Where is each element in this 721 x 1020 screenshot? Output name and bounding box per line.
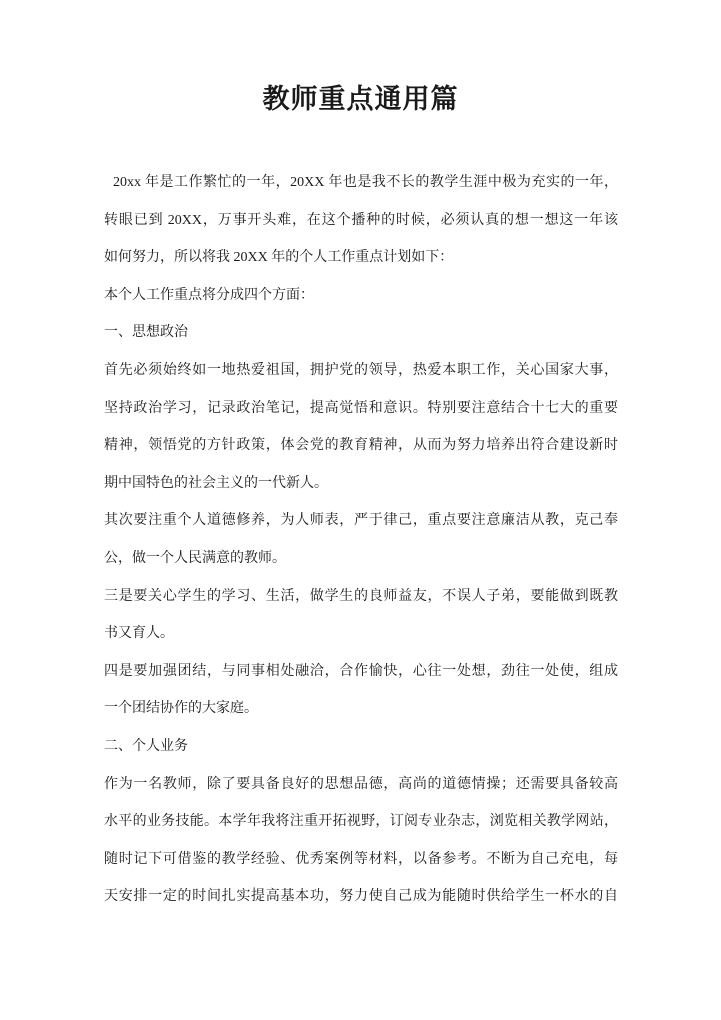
text-line: 一、思想政治 [104,314,618,352]
text-line: 随时记下可借鉴的教学经验、优秀案例等材料，以备参考。不断为自己充电，每 [104,841,618,879]
text-line: 精神，领悟党的方针政策，体会党的教育精神，从而为努力培养出符合建设新时 [104,427,618,465]
text-line: 作为一名教师，除了要具备良好的思想品德，高尚的道德情操；还需要具备较高 [104,766,618,804]
text-line: 期中国特色的社会主义的一代新人。 [104,465,618,503]
text-line: 20xx 年是工作繁忙的一年，20XX 年也是我不长的教学生涯中极为充实的一年， [104,164,618,202]
text-line: 坚持政治学习，记录政治笔记，提高觉悟和意识。特别要注意结合十七大的重要 [104,390,618,428]
text-line: 二、个人业务 [104,728,618,766]
document-title: 教师重点通用篇 [0,82,721,116]
text-line: 书又育人。 [104,615,618,653]
text-line: 其次要注重个人道德修养，为人师表，严于律己，重点要注意廉洁从教，克己奉 [104,502,618,540]
text-line: 转眼已到 20XX，万事开头难，在这个播种的时候，必须认真的想一想这一年该 [104,202,618,240]
text-line: 水平的业务技能。本学年我将注重开拓视野，订阅专业杂志，浏览相关教学网站， [104,803,618,841]
text-line: 一个团结协作的大家庭。 [104,690,618,728]
text-line: 本个人工作重点将分成四个方面： [104,277,618,315]
text-line: 公，做一个人民满意的教师。 [104,540,618,578]
document-body: 20xx 年是工作繁忙的一年，20XX 年也是我不长的教学生涯中极为充实的一年，… [104,164,618,916]
text-line: 首先必须始终如一地热爱祖国，拥护党的领导，热爱本职工作，关心国家大事， [104,352,618,390]
text-line: 如何努力，所以将我 20XX 年的个人工作重点计划如下： [104,239,618,277]
document-page: 教师重点通用篇 20xx 年是工作繁忙的一年，20XX 年也是我不长的教学生涯中… [0,0,721,1020]
text-line: 四是要加强团结，与同事相处融洽，合作愉快，心往一处想，劲往一处使，组成 [104,653,618,691]
text-line: 三是要关心学生的学习、生活，做学生的良师益友，不误人子弟，要能做到既教 [104,578,618,616]
text-line: 天安排一定的时间扎实提高基本功，努力使自己成为能随时供给学生一杯水的自 [104,878,618,916]
